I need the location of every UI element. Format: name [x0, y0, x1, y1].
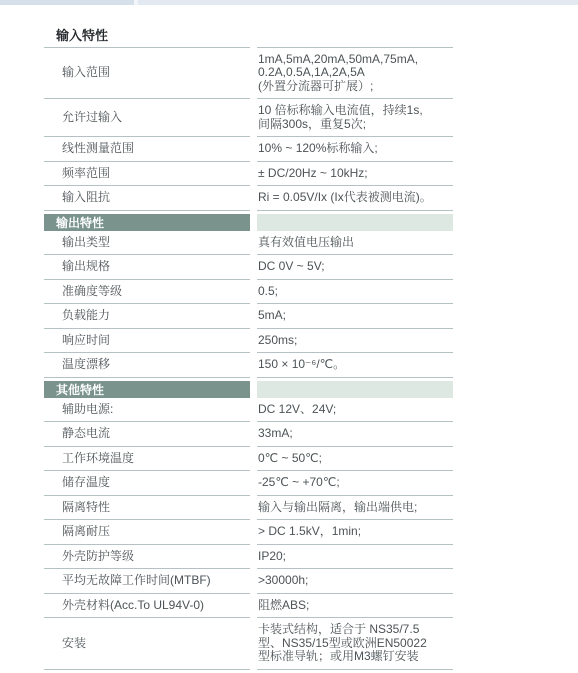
- spec-label-text: 隔离特性: [62, 501, 110, 515]
- column-gap: [250, 214, 257, 231]
- spec-value: DC 0V ~ 5V;: [257, 255, 453, 280]
- column-gap: [250, 618, 257, 670]
- spec-label-text: 输出规格: [62, 260, 110, 274]
- spec-value: ± DC/20Hz ~ 10kHz;: [257, 162, 453, 187]
- spec-value: 5mA;: [257, 304, 453, 329]
- spec-row: 允许过输入10 倍标称输入电流值，持续1s, 间隔300s，重复5次;: [44, 99, 453, 137]
- spec-label: 温度漂移: [44, 353, 250, 378]
- spec-value: 卡装式结构，适合于 NS35/7.5 型、NS35/15型或欧洲EN50022 …: [257, 618, 453, 670]
- spec-value-text: 33mA;: [258, 427, 293, 441]
- spec-row: 储存温度-25℃ ~ +70℃;: [44, 471, 453, 496]
- spec-label: 隔离特性: [44, 496, 250, 521]
- spec-label-text: 线性测量范围: [62, 142, 134, 156]
- spec-label: 储存温度: [44, 471, 250, 496]
- table-title: 输入特性: [44, 25, 250, 48]
- spec-label: 静态电流: [44, 422, 250, 447]
- spec-value: IP20;: [257, 545, 453, 570]
- spec-label-text: 隔离耐压: [62, 525, 110, 539]
- column-gap: [250, 280, 257, 305]
- column-gap: [250, 496, 257, 521]
- spec-value-text: >30000h;: [258, 574, 308, 588]
- spec-label: 输入范围: [44, 48, 250, 100]
- spec-label-text: 安装: [62, 637, 86, 651]
- top-strip-left-segment: [0, 0, 134, 5]
- spec-value-text: 真有效值电压输出: [258, 236, 354, 250]
- spec-value-text: 250ms;: [258, 334, 297, 348]
- spec-value-text: Ri = 0.05V/Ix (Ix代表被测电流)。: [258, 191, 432, 205]
- spec-value: 10 倍标称输入电流值，持续1s, 间隔300s，重复5次;: [257, 99, 453, 137]
- spec-value-text: 卡装式结构，适合于 NS35/7.5 型、NS35/15型或欧洲EN50022 …: [258, 623, 427, 664]
- spec-value: 10% ~ 120%标称输入;: [257, 137, 453, 162]
- column-gap: [250, 353, 257, 378]
- spec-label: 响应时间: [44, 329, 250, 354]
- spec-row: 输出类型真有效值电压输出: [44, 231, 453, 256]
- spec-row: 线性测量范围10% ~ 120%标称输入;: [44, 137, 453, 162]
- spec-value: 33mA;: [257, 422, 453, 447]
- spec-value: [257, 25, 453, 48]
- column-gap: [250, 447, 257, 472]
- spec-value-text: 150 × 10⁻⁶/℃。: [258, 358, 345, 372]
- spec-label: 辅助电源:: [44, 398, 250, 423]
- column-gap: [250, 545, 257, 570]
- spec-row: 准确度等级0.5;: [44, 280, 453, 305]
- spec-row: 平均无故障工作时间(MTBF)>30000h;: [44, 569, 453, 594]
- spec-value-text: -25℃ ~ +70℃;: [258, 476, 340, 490]
- spec-label-text: 响应时间: [62, 334, 110, 348]
- spec-row: 温度漂移150 × 10⁻⁶/℃。: [44, 353, 453, 378]
- spec-label-text: 外壳材料(Acc.To UL94V-0): [62, 599, 204, 613]
- column-gap: [250, 25, 257, 48]
- spec-value-text: IP20;: [258, 550, 286, 564]
- spec-value: 真有效值电压输出: [257, 231, 453, 256]
- section-header-band: 输出特性: [44, 214, 250, 231]
- spec-label-text: 温度漂移: [62, 358, 110, 372]
- spec-row: 工作环境温度0℃ ~ 50℃;: [44, 447, 453, 472]
- spec-value: DC 12V、24V;: [257, 398, 453, 423]
- column-gap: [250, 231, 257, 256]
- spec-label-text: 外壳防护等级: [62, 550, 134, 564]
- top-strip-right-segment: [138, 0, 578, 5]
- spec-label-text: 准确度等级: [62, 285, 122, 299]
- spec-value: 1mA,5mA,20mA,50mA,75mA, 0.2A,0.5A,1A,2A,…: [257, 48, 453, 100]
- spec-value: 250ms;: [257, 329, 453, 354]
- top-strip: [0, 0, 578, 5]
- spec-value-text: > DC 1.5kV，1min;: [258, 525, 361, 539]
- spec-label: 输出类型: [44, 231, 250, 256]
- spec-label: 安装: [44, 618, 250, 670]
- spec-value-text: 阻燃ABS;: [258, 599, 309, 613]
- spec-label-text: 辅助电源:: [62, 403, 113, 417]
- spec-label-text: 平均无故障工作时间(MTBF): [62, 574, 211, 588]
- spec-label: 准确度等级: [44, 280, 250, 305]
- spec-page: 输入特性输入范围1mA,5mA,20mA,50mA,75mA, 0.2A,0.5…: [0, 0, 578, 673]
- spec-value-text: 5mA;: [258, 309, 286, 323]
- spec-label-text: 输出类型: [62, 236, 110, 250]
- spec-label: 输入阻抗: [44, 186, 250, 211]
- spec-value: 0.5;: [257, 280, 453, 305]
- spec-value-text: ± DC/20Hz ~ 10kHz;: [258, 167, 368, 181]
- spec-value-text: DC 12V、24V;: [258, 403, 336, 417]
- spec-row: 隔离耐压> DC 1.5kV，1min;: [44, 520, 453, 545]
- spec-value: -25℃ ~ +70℃;: [257, 471, 453, 496]
- spec-row: 输入阻抗Ri = 0.05V/Ix (Ix代表被测电流)。: [44, 186, 453, 211]
- column-gap: [250, 99, 257, 137]
- section-header-row: 输出特性: [44, 214, 453, 231]
- column-gap: [250, 137, 257, 162]
- column-gap: [250, 398, 257, 423]
- spec-value-text: DC 0V ~ 5V;: [258, 260, 325, 274]
- spec-value: 0℃ ~ 50℃;: [257, 447, 453, 472]
- column-gap: [250, 594, 257, 619]
- table-title-row: 输入特性: [44, 25, 453, 48]
- spec-label-text: 输入阻抗: [62, 191, 110, 205]
- column-gap: [250, 471, 257, 496]
- spec-label: 外壳防护等级: [44, 545, 250, 570]
- spec-table: 输入特性输入范围1mA,5mA,20mA,50mA,75mA, 0.2A,0.5…: [44, 25, 453, 670]
- column-gap: [250, 48, 257, 100]
- column-gap: [250, 329, 257, 354]
- spec-value-text: 10 倍标称输入电流值，持续1s, 间隔300s，重复5次;: [258, 104, 423, 131]
- spec-label: 平均无故障工作时间(MTBF): [44, 569, 250, 594]
- spec-label-text: 频率范围: [62, 167, 110, 181]
- spec-label: 允许过输入: [44, 99, 250, 137]
- spec-row: 响应时间250ms;: [44, 329, 453, 354]
- spec-row: 隔离特性输入与输出隔离，输出端供电;: [44, 496, 453, 521]
- spec-label: 线性测量范围: [44, 137, 250, 162]
- spec-row: 外壳材料(Acc.To UL94V-0)阻燃ABS;: [44, 594, 453, 619]
- spec-row: 频率范围± DC/20Hz ~ 10kHz;: [44, 162, 453, 187]
- spec-label-text: 允许过输入: [62, 111, 122, 125]
- spec-value-text: 10% ~ 120%标称输入;: [258, 142, 378, 156]
- spec-row: 负载能力5mA;: [44, 304, 453, 329]
- spec-label-text: 储存温度: [62, 476, 110, 490]
- column-gap: [250, 422, 257, 447]
- spec-row: 输入范围1mA,5mA,20mA,50mA,75mA, 0.2A,0.5A,1A…: [44, 48, 453, 100]
- spec-row: 静态电流33mA;: [44, 422, 453, 447]
- spec-value: 阻燃ABS;: [257, 594, 453, 619]
- column-gap: [250, 381, 257, 398]
- spec-label-text: 负载能力: [62, 309, 110, 323]
- spec-value: 输入与输出隔离，输出端供电;: [257, 496, 453, 521]
- spec-row: 辅助电源:DC 12V、24V;: [44, 398, 453, 423]
- spec-label: 外壳材料(Acc.To UL94V-0): [44, 594, 250, 619]
- spec-label: 工作环境温度: [44, 447, 250, 472]
- spec-value-text: 0℃ ~ 50℃;: [258, 452, 322, 466]
- spec-label-text: 静态电流: [62, 427, 110, 441]
- spec-value: >30000h;: [257, 569, 453, 594]
- column-gap: [250, 304, 257, 329]
- spec-value-text: 1mA,5mA,20mA,50mA,75mA, 0.2A,0.5A,1A,2A,…: [258, 53, 418, 94]
- spec-value-text: 0.5;: [258, 285, 278, 299]
- spec-row: 外壳防护等级IP20;: [44, 545, 453, 570]
- spec-value-text: 输入与输出隔离，输出端供电;: [258, 501, 417, 515]
- table-title-text: 输入特性: [56, 29, 108, 43]
- spec-value: Ri = 0.05V/Ix (Ix代表被测电流)。: [257, 186, 453, 211]
- spec-value: 150 × 10⁻⁶/℃。: [257, 353, 453, 378]
- column-gap: [250, 186, 257, 211]
- spec-label: 频率范围: [44, 162, 250, 187]
- spec-label: 负载能力: [44, 304, 250, 329]
- section-header-row: 其他特性: [44, 381, 453, 398]
- spec-value: > DC 1.5kV，1min;: [257, 520, 453, 545]
- column-gap: [250, 569, 257, 594]
- column-gap: [250, 255, 257, 280]
- column-gap: [250, 520, 257, 545]
- column-gap: [250, 162, 257, 187]
- spec-row: 安装卡装式结构，适合于 NS35/7.5 型、NS35/15型或欧洲EN5002…: [44, 618, 453, 670]
- section-header-band: 其他特性: [44, 381, 250, 398]
- section-header-band-fill: [257, 381, 453, 398]
- spec-label-text: 工作环境温度: [62, 452, 134, 466]
- spec-label: 隔离耐压: [44, 520, 250, 545]
- section-header-band-fill: [257, 214, 453, 231]
- spec-label-text: 输入范围: [62, 66, 110, 80]
- spec-row: 输出规格DC 0V ~ 5V;: [44, 255, 453, 280]
- spec-label: 输出规格: [44, 255, 250, 280]
